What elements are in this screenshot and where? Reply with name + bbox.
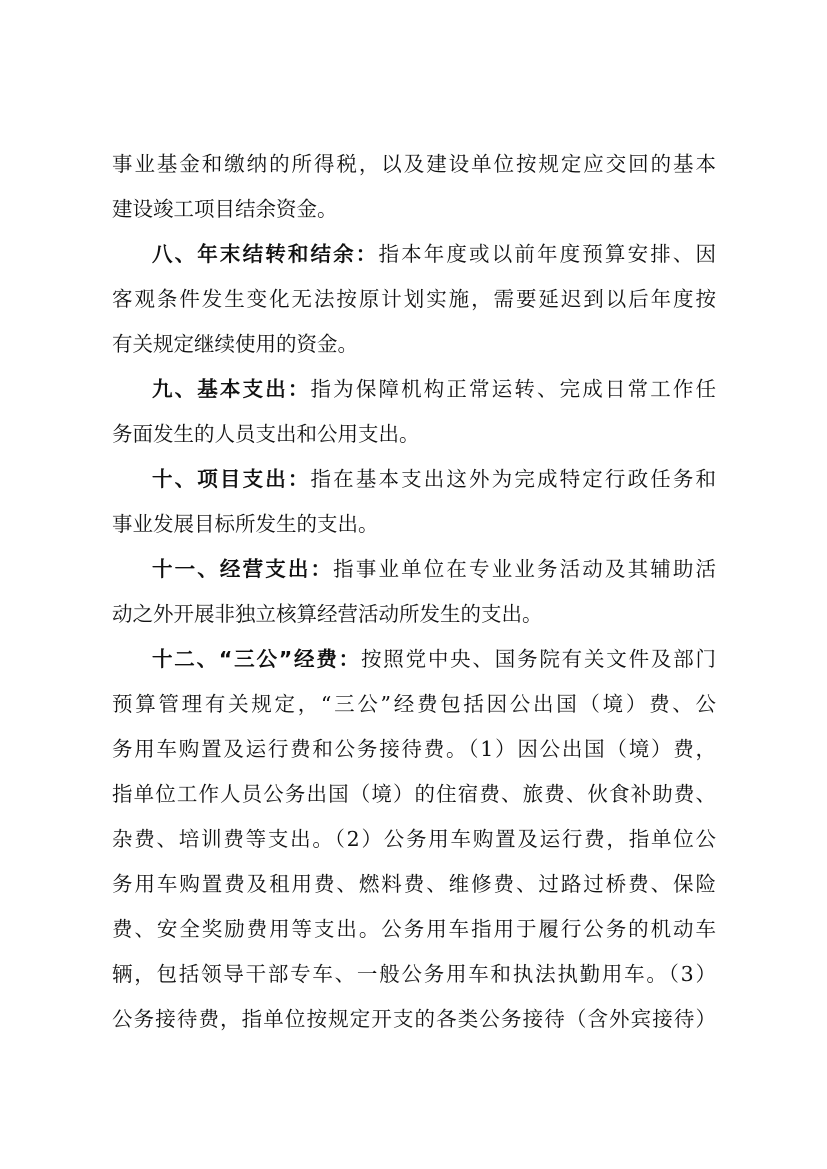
text-line: 指单位工作人员公务出国（境）的住宿费、旅费、伙食补助费、 — [112, 778, 716, 810]
text-line: 杂费、培训费等支出。（2）公务用车购置及运行费，指单位公 — [112, 823, 716, 855]
paragraph-first-line: 十二、“三公”经费：按照党中央、国务院有关文件及部门 — [152, 643, 716, 675]
text-line: 动之外开展非独立核算经营活动所发生的支出。 — [112, 598, 716, 630]
document-page: 事业基金和缴纳的所得税，以及建设单位按规定应交回的基本 建设竣工项目结余资金。 … — [0, 0, 827, 1169]
text-run: 指本年度或以前年度预算安排、因 — [378, 242, 716, 266]
text-run: 指事业单位在专业业务活动及其辅助活 — [333, 557, 716, 581]
text-run: 指在基本支出这外为完成特定行政任务和 — [311, 467, 716, 491]
text-line: 事业基金和缴纳的所得税，以及建设单位按规定应交回的基本 — [112, 148, 716, 180]
paragraph-first-line: 九、基本支出：指为保障机构正常运转、完成日常工作任 — [152, 373, 716, 405]
text-line: 客观条件发生变化无法按原计划实施，需要延迟到以后年度按 — [112, 283, 716, 315]
text-line: 务用车购置费及租用费、燃料费、维修费、过路过桥费、保险 — [112, 868, 716, 900]
text-run: 按照党中央、国务院有关文件及部门 — [361, 647, 716, 671]
text-line: 事业发展目标所发生的支出。 — [112, 508, 716, 540]
section-heading-11: 十一、经营支出： — [152, 557, 333, 581]
text-line: 预算管理有关规定，“三公”经费包括因公出国（境）费、公 — [112, 688, 716, 720]
section-heading-12: 十二、“三公”经费： — [152, 647, 361, 671]
section-heading-9: 九、基本支出： — [152, 377, 311, 401]
text-line: 有关规定继续使用的资金。 — [112, 328, 716, 360]
paragraph-first-line: 十一、经营支出：指事业单位在专业业务活动及其辅助活 — [152, 553, 716, 585]
paragraph-first-line: 八、年末结转和结余：指本年度或以前年度预算安排、因 — [152, 238, 716, 270]
section-heading-8: 八、年末结转和结余： — [152, 242, 378, 266]
text-line: 费、安全奖励费用等支出。公务用车指用于履行公务的机动车 — [112, 913, 716, 945]
text-line: 辆，包括领导干部专车、一般公务用车和执法执勤用车。（3） — [112, 958, 716, 990]
section-heading-10: 十、项目支出： — [152, 467, 311, 491]
text-line: 务用车购置及运行费和公务接待费。（1）因公出国（境）费， — [112, 733, 716, 765]
text-line: 公务接待费，指单位按规定开支的各类公务接待（含外宾接待） — [112, 1003, 716, 1035]
paragraph-first-line: 十、项目支出：指在基本支出这外为完成特定行政任务和 — [152, 463, 716, 495]
text-line: 建设竣工项目结余资金。 — [112, 193, 716, 225]
text-run: 指为保障机构正常运转、完成日常工作任 — [311, 377, 716, 401]
text-line: 务面发生的人员支出和公用支出。 — [112, 418, 716, 450]
